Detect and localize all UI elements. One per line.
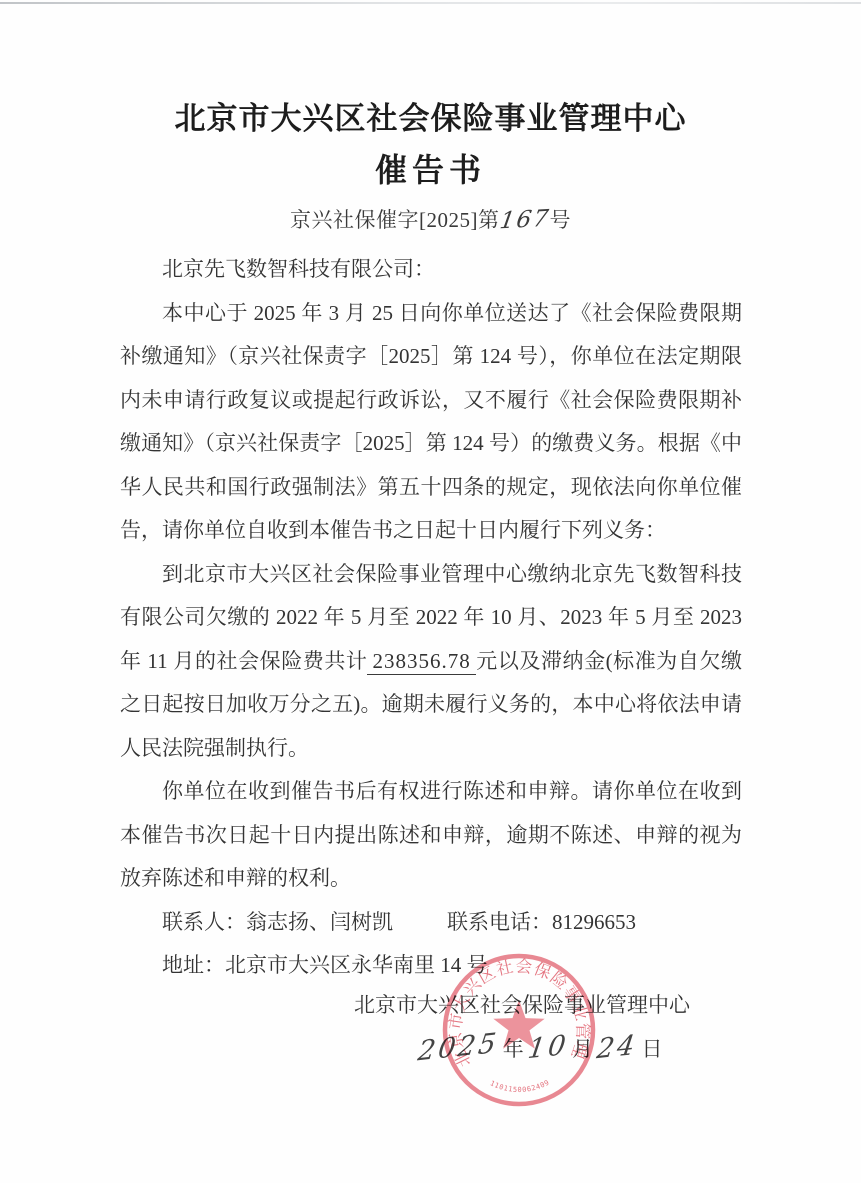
- recipient-line: 北京先飞数智科技有限公司：: [120, 248, 742, 292]
- owed-amount-value: 238356.78: [367, 649, 475, 675]
- address-line: 地址：北京市大兴区永华南里 14 号: [120, 944, 742, 988]
- date-day-handwritten: 24: [595, 1029, 640, 1065]
- address-label: 地址：: [162, 953, 225, 977]
- contact-line: 联系人：翁志扬、闫树凯联系电话：81296653: [120, 901, 742, 945]
- contact-phone-value: 81296653: [552, 910, 636, 934]
- issue-date-line: 2025年10月24日: [418, 1032, 861, 1063]
- document-number-line: 京兴社保催字[2025]第167号: [0, 204, 861, 234]
- issuing-authority-title: 北京市大兴区社会保险事业管理中心: [0, 94, 861, 144]
- contact-persons-value: 翁志扬、闫树凯: [246, 910, 393, 934]
- date-month-handwritten: 10: [526, 1029, 571, 1065]
- paragraph-notice-history: 本中心于 2025 年 3 月 25 日向你单位送达了《社会保险费限期补缴通知》…: [120, 292, 742, 553]
- doc-number-prefix: 京兴社保催字[2025]第: [290, 208, 500, 232]
- signature-authority-name: 北京市大兴区社会保险事业管理中心: [0, 989, 690, 1019]
- date-month-label: 月: [572, 1037, 593, 1061]
- doc-number-handwritten: 167: [498, 206, 552, 235]
- scanned-document-page: 北京市大兴区社会保险事业管理中心 催告书 京兴社保催字[2025]第167号 北…: [0, 0, 861, 1183]
- seal-code-digits: 1101150062409: [489, 1078, 551, 1094]
- document-header: 北京市大兴区社会保险事业管理中心 催告书: [0, 0, 861, 196]
- date-year-label: 年: [503, 1037, 524, 1061]
- date-year-handwritten: 2025: [416, 1027, 501, 1067]
- scan-edge-artifact: [0, 2, 861, 4]
- doc-number-suffix: 号: [549, 208, 571, 232]
- paragraph-payment-demand: 到北京市大兴区社会保险事业管理中心缴纳北京先飞数智科技有限公司欠缴的 2022 …: [120, 553, 742, 771]
- contact-phone-label: 联系电话：: [447, 910, 552, 934]
- address-value: 北京市大兴区永华南里 14 号: [225, 953, 488, 977]
- document-body: 北京先飞数智科技有限公司： 本中心于 2025 年 3 月 25 日向你单位送达…: [120, 248, 742, 988]
- contact-persons-label: 联系人：: [162, 910, 246, 934]
- document-type-title: 催告书: [0, 144, 861, 196]
- date-day-label: 日: [641, 1037, 662, 1061]
- paragraph-rights-statement: 你单位在收到催告书后有权进行陈述和申辩。请你单位在收到本催告书次日起十日内提出陈…: [120, 770, 742, 901]
- svg-text:1101150062409: 1101150062409: [489, 1078, 551, 1094]
